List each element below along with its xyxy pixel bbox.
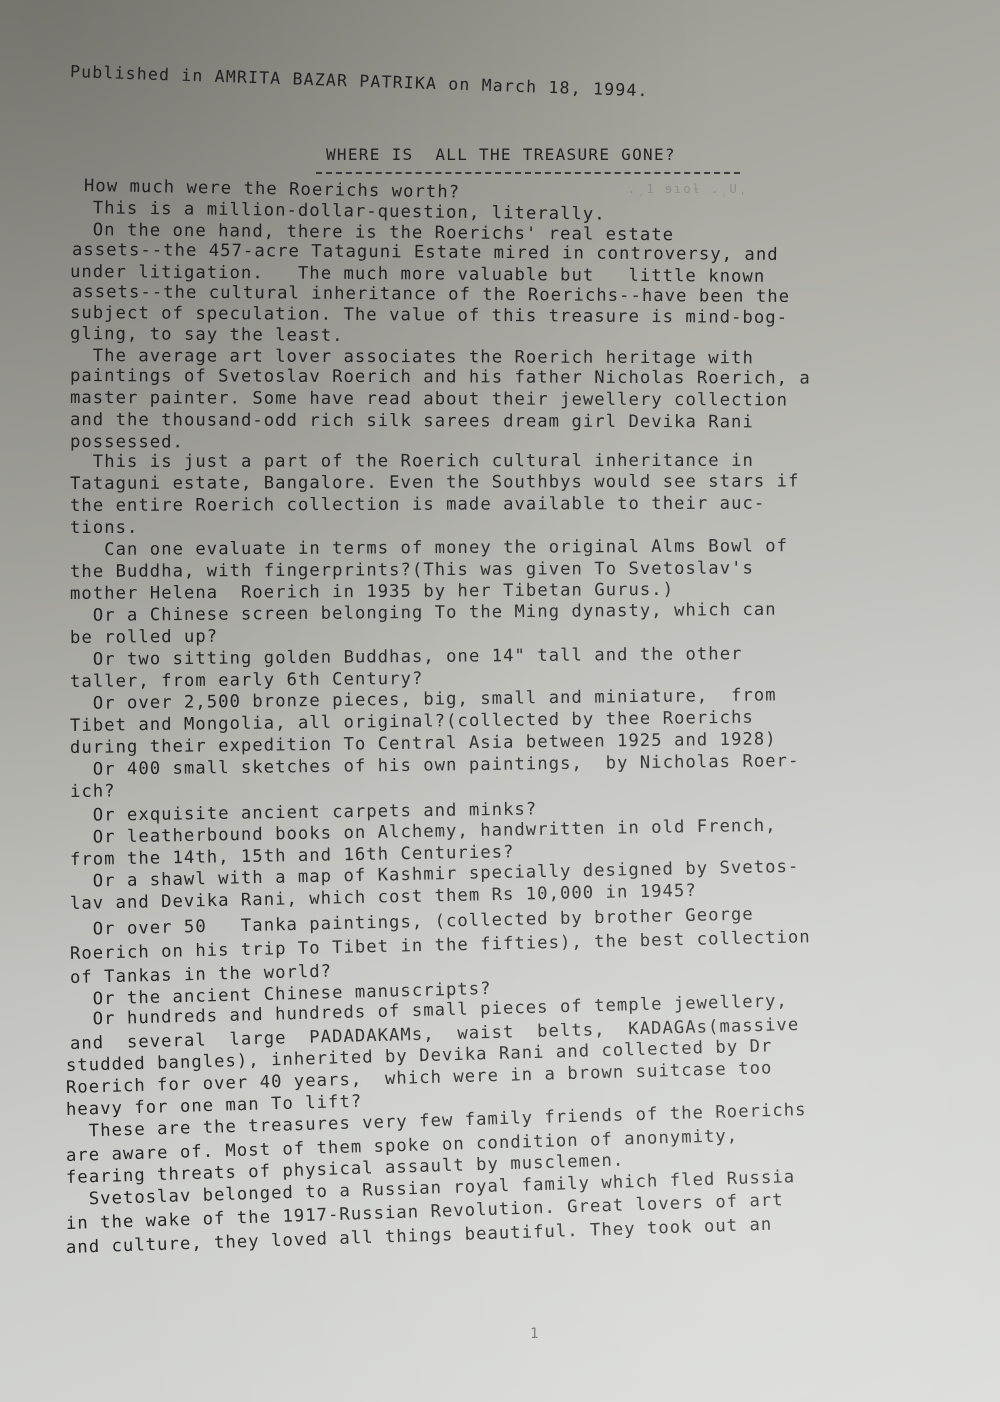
body-line: gling, to say the least. bbox=[70, 324, 344, 346]
body-line: possessed. bbox=[70, 432, 184, 452]
body-line: taller, from early 6th Century? bbox=[70, 669, 424, 692]
article-title: WHERE IS ALL THE TREASURE GONE? bbox=[326, 145, 676, 164]
typescript-page: Published in AMRITA BAZAR PATRIKA on Mar… bbox=[0, 0, 1000, 1402]
body-line: Or two sitting golden Buddhas, one 14" t… bbox=[70, 644, 743, 670]
title-underline bbox=[316, 172, 740, 174]
body-line: Or a Chinese screen belonging To the Min… bbox=[70, 600, 777, 626]
body-line: tions. bbox=[70, 518, 138, 538]
body-line: be rolled up? bbox=[70, 627, 218, 648]
body-line: the Buddha, with fingerprints?(This was … bbox=[70, 558, 754, 582]
page-number: 1 bbox=[530, 1326, 538, 1342]
body-line: assets--the 457-acre Tataguni Estate mir… bbox=[72, 240, 779, 265]
body-line: the entire Roerich collection is made av… bbox=[70, 494, 765, 516]
body-line: mother Helena Roerich in 1935 by her Tib… bbox=[70, 580, 674, 604]
body-line: This is just a part of the Roerich cultu… bbox=[70, 451, 754, 472]
bleed-through-text: .ˏ1 ɘɿoƚ .ˏUˌ bbox=[628, 182, 748, 196]
publication-note: Published in AMRITA BAZAR PATRIKA on Mar… bbox=[70, 62, 649, 100]
body-line: ich? bbox=[70, 781, 116, 802]
body-line: Can one evaluate in terms of money the o… bbox=[70, 536, 788, 560]
body-line: master painter. Some have read about the… bbox=[70, 388, 788, 411]
body-line: The average art lover associates the Roe… bbox=[70, 346, 754, 368]
body-line: paintings of Svetoslav Roerich and his f… bbox=[70, 366, 811, 389]
body-line: Tataguni estate, Bangalore. Even the Sou… bbox=[70, 471, 800, 494]
body-line: and the thousand-odd rich silk sarees dr… bbox=[70, 410, 754, 432]
